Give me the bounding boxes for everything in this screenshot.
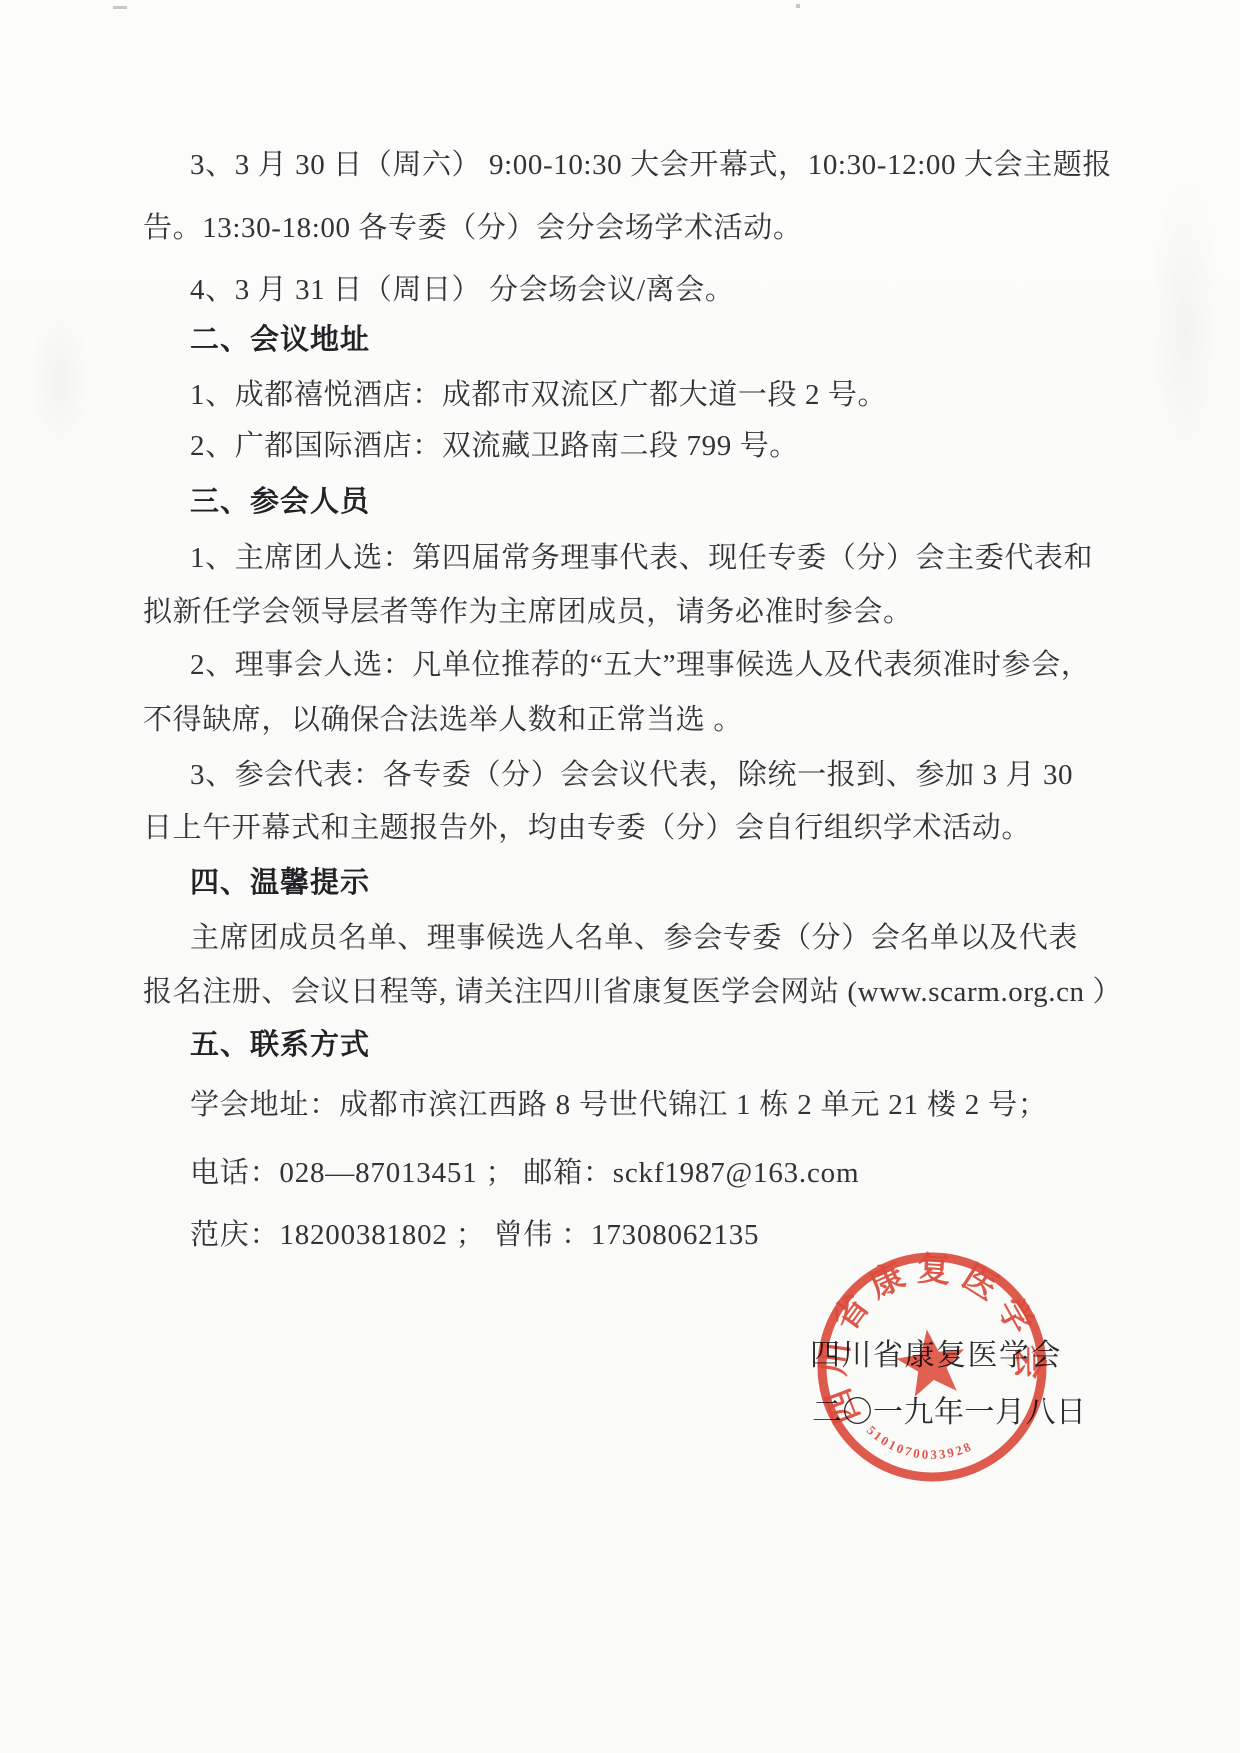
section-heading-attendees: 三、参会人员 bbox=[190, 482, 370, 522]
doc-line: 3、参会代表：各专委（分）会会议代表，除统一报到、参加 3 月 30 bbox=[190, 755, 1073, 795]
seal-star-icon bbox=[893, 1325, 970, 1399]
contact-phone-email-line: 电话：028—87013451 ； 邮箱：sckf1987@163.com bbox=[190, 1153, 859, 1193]
doc-line: 不得缺席，以确保合法选举人数和正常当选 。 bbox=[143, 700, 743, 740]
doc-line: 3、3 月 30 日（周六） 9:00-10:30 大会开幕式，10:30-12… bbox=[190, 145, 1112, 185]
doc-line: 报名注册、会议日程等, 请关注四川省康复医学会网站 (www.scarm.org… bbox=[143, 972, 1122, 1012]
doc-line: 拟新任学会领导层者等作为主席团成员，请务必准时参会。 bbox=[143, 592, 913, 632]
scan-artifact bbox=[1150, 180, 1220, 480]
doc-line: 1、成都禧悦酒店：成都市双流区广都大道一段 2 号。 bbox=[190, 375, 887, 415]
doc-line: 2、广都国际酒店：双流藏卫路南二段 799 号。 bbox=[190, 426, 799, 466]
section-heading-tips: 四、温馨提示 bbox=[190, 863, 370, 903]
doc-line: 告。13:30-18:00 各专委（分）会分会场学术活动。 bbox=[143, 208, 802, 248]
section-heading-venue: 二、会议地址 bbox=[190, 320, 370, 360]
scan-artifact bbox=[30, 300, 90, 460]
scan-artifact bbox=[796, 4, 800, 8]
scanned-page: 3、3 月 30 日（周六） 9:00-10:30 大会开幕式，10:30-12… bbox=[0, 0, 1240, 1753]
doc-line: 4、3 月 31 日（周日） 分会场会议/离会。 bbox=[190, 270, 734, 310]
doc-line: 日上午开幕式和主题报告外，均由专委（分）会自行组织学术活动。 bbox=[143, 808, 1031, 848]
doc-line: 主席团成员名单、理事候选人名单、参会专委（分）会名单以及代表 bbox=[190, 918, 1078, 958]
contact-address-line: 学会地址：成都市滨江西路 8 号世代锦江 1 栋 2 单元 21 楼 2 号； bbox=[190, 1085, 1048, 1125]
doc-line: 1、主席团人选：第四届常务理事代表、现任专委（分）会主委代表和 bbox=[190, 538, 1093, 578]
scan-artifact bbox=[113, 6, 127, 9]
doc-line: 2、理事会人选：凡单位推荐的“五大”理事候选人及代表须准时参会， bbox=[190, 645, 1090, 685]
contact-persons-line: 范庆：18200381802 ； 曾伟 ：17308062135 bbox=[190, 1215, 759, 1255]
official-seal: 四川省康复医学会 5101070033928 bbox=[796, 1229, 1068, 1504]
section-heading-contact: 五、联系方式 bbox=[190, 1025, 370, 1065]
